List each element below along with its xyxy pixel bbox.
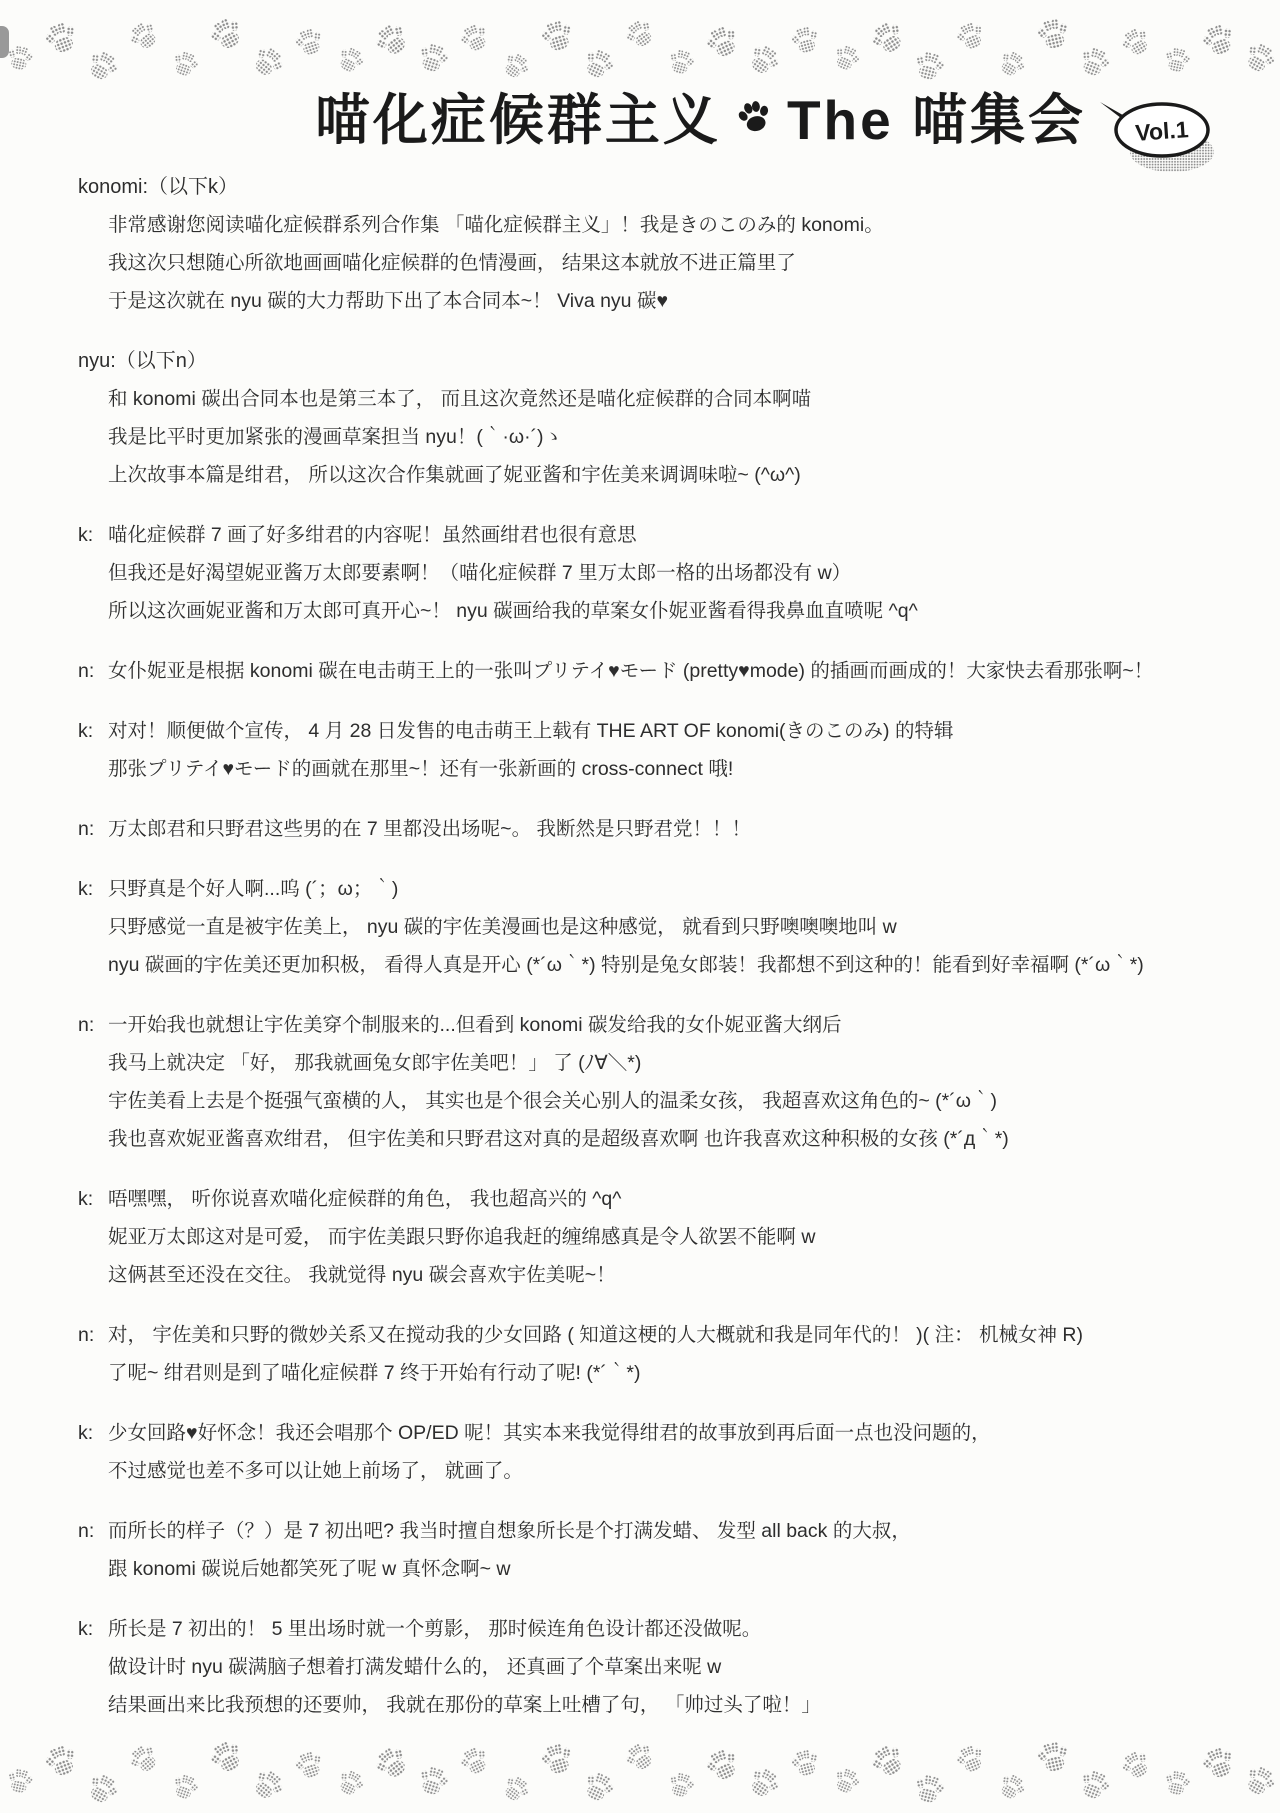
dialog-line: k:所长是 7 初出的！ 5 里出场时就一个剪影， 那时候连角色设计都还没做呢。: [78, 1610, 1224, 1648]
title-text-main: 喵化症候群主义: [315, 76, 721, 155]
speaker-prefix: k:: [78, 712, 108, 750]
dialog-text: 所长是 7 初出的！ 5 里出场时就一个剪影， 那时候连角色设计都还没做呢。: [108, 1618, 761, 1640]
dialog-block: konomi:（以下k）非常感谢您阅读喵化症候群系列合作集 「喵化症候群主义」！…: [78, 168, 1224, 320]
dialog-block: nyu:（以下n）和 konomi 碳出合同本也是第三本了， 而且这次竟然还是喵…: [78, 342, 1224, 494]
dialog-line: 只野感觉一直是被宇佐美上， nyu 碳的宇佐美漫画也是这种感觉， 就看到只野噢噢…: [78, 908, 1224, 946]
dialog-text: 于是这次就在 nyu 碳的大力帮助下出了本合同本~！ Viva nyu 碳♥: [108, 290, 668, 312]
dialog-text: 所以这次画妮亚酱和万太郎可真开心~！ nyu 碳画给我的草案女仆妮亚酱看得我鼻血…: [108, 600, 918, 622]
dialog-line: 做设计时 nyu 碳满脑子想着打满发蜡什么的， 还真画了个草案出来呢 w: [78, 1648, 1224, 1686]
dialog-block: k:所长是 7 初出的！ 5 里出场时就一个剪影， 那时候连角色设计都还没做呢。…: [78, 1610, 1224, 1724]
dialog-line: 不过感觉也差不多可以让她上前场了， 就画了。: [78, 1452, 1224, 1490]
dialog-text: 和 konomi 碳出合同本也是第三本了， 而且这次竟然还是喵化症候群的合同本啊…: [108, 388, 811, 410]
speaker-prefix: n:: [78, 1512, 108, 1550]
dialog-block: k:唔嘿嘿， 听你说喜欢喵化症候群的角色， 我也超高兴的 ^q^妮亚万太郎这对是…: [78, 1180, 1224, 1294]
dialog-text: 对， 宇佐美和只野的微妙关系又在搅动我的少女回路 ( 知道这梗的人大概就和我是同…: [108, 1324, 1083, 1346]
doujin-title: 喵化症候群主义 The 喵集会 Vol.1: [315, 72, 1222, 158]
dialog-block: n:女仆妮亚是根据 konomi 碳在电击萌王上的一张叫プリテイ♥モード (pr…: [78, 652, 1224, 690]
dialog-text: 跟 konomi 碳说后她都笑死了呢 w 真怀念啊~ w: [108, 1558, 511, 1580]
dialog-block: n:对， 宇佐美和只野的微妙关系又在搅动我的少女回路 ( 知道这梗的人大概就和我…: [78, 1316, 1224, 1392]
dialog-text: 我这次只想随心所欲地画画喵化症候群的色情漫画， 结果这本就放不进正篇里了: [108, 252, 796, 274]
dialog-text: 上次故事本篇是绀君， 所以这次合作集就画了妮亚酱和宇佐美来调调味啦~ (^ω^): [108, 464, 801, 486]
dialog-line: 结果画出来比我预想的还要帅， 我就在那份的草案上吐槽了句， 「帅过头了啦！」: [78, 1686, 1224, 1724]
paw-icon: [729, 92, 780, 143]
dialog-text: 宇佐美看上去是个挺强气蛮横的人， 其实也是个很会关心别人的温柔女孩， 我超喜欢这…: [108, 1090, 997, 1112]
dialog-line: 我是比平时更加紧张的漫画草案担当 nyu！(｀·ω·´)ゝ: [78, 418, 1224, 456]
dialog-text: 那张プリテイ♥モード的画就在那里~！还有一张新画的 cross-connect …: [108, 758, 733, 780]
scanned-page: 喵化症候群主义 The 喵集会 Vol.1 konomi:（以下k）非常感谢您阅…: [0, 0, 1280, 1813]
dialog-text: 结果画出来比我预想的还要帅， 我就在那份的草案上吐槽了句， 「帅过头了啦！」: [108, 1694, 821, 1716]
speaker-prefix: k:: [78, 1414, 108, 1452]
dialog-line: 于是这次就在 nyu 碳的大力帮助下出了本合同本~！ Viva nyu 碳♥: [78, 282, 1224, 320]
speaker-header: konomi:（以下k）: [78, 168, 1224, 206]
dialog-text: 只野感觉一直是被宇佐美上， nyu 碳的宇佐美漫画也是这种感觉， 就看到只野噢噢…: [108, 916, 897, 938]
dialog-block: k:喵化症候群 7 画了好多绀君的内容呢！虽然画绀君也很有意思但我还是好渴望妮亚…: [78, 516, 1224, 630]
dialog-text: 只野真是个好人啊...呜 (´；ω；｀): [108, 878, 398, 900]
dialog-block: k:少女回路♥好怀念！我还会唱那个 OP/ED 呢！其实本来我觉得绀君的故事放到…: [78, 1414, 1224, 1490]
dialog-line: n:一开始我也就想让宇佐美穿个制服来的...但看到 konomi 碳发给我的女仆…: [78, 1006, 1224, 1044]
speaker-prefix: n:: [78, 1006, 108, 1044]
speaker-prefix: k:: [78, 1610, 108, 1648]
speaker-prefix: n:: [78, 1316, 108, 1354]
dialog-line: 那张プリテイ♥モード的画就在那里~！还有一张新画的 cross-connect …: [78, 750, 1224, 788]
dialog-text: 了呢~ 绀君则是到了喵化症候群 7 终于开始有行动了呢! (*´｀*): [108, 1362, 640, 1384]
dialog-line: 妮亚万太郎这对是可爱， 而宇佐美跟只野你追我赶的缠绵感真是令人欲罢不能啊 w: [78, 1218, 1224, 1256]
dialog-text: 但我还是好渴望妮亚酱万太郎要素啊！（喵化症候群 7 里万太郎一格的出场都没有 w…: [108, 562, 851, 584]
conversation: konomi:（以下k）非常感谢您阅读喵化症候群系列合作集 「喵化症候群主义」！…: [78, 168, 1224, 1746]
speaker-prefix: k:: [78, 1180, 108, 1218]
dialog-line: k:喵化症候群 7 画了好多绀君的内容呢！虽然画绀君也很有意思: [78, 516, 1224, 554]
dialog-text: 唔嘿嘿， 听你说喜欢喵化症候群的角色， 我也超高兴的 ^q^: [108, 1188, 621, 1210]
dialog-block: n:而所长的样子（？）是 7 初出吧? 我当时擅自想象所长是个打满发蜡、 发型 …: [78, 1512, 1224, 1588]
dialog-line: 我也喜欢妮亚酱喜欢绀君， 但宇佐美和只野君这对真的是超级喜欢啊 也许我喜欢这种积…: [78, 1120, 1224, 1158]
speaker-prefix: k:: [78, 870, 108, 908]
title-text-suffix: The 喵集会: [787, 76, 1086, 155]
dialog-line: 宇佐美看上去是个挺强气蛮横的人， 其实也是个很会关心别人的温柔女孩， 我超喜欢这…: [78, 1082, 1224, 1120]
dialog-text: 这俩甚至还没在交往。 我就觉得 nyu 碳会喜欢宇佐美呢~！: [108, 1264, 616, 1286]
dialog-text: 而所长的样子（？）是 7 初出吧? 我当时擅自想象所长是个打满发蜡、 发型 al…: [108, 1520, 911, 1542]
speaker-header: nyu:（以下n）: [78, 342, 1224, 380]
vol-badge-label: Vol.1: [1134, 116, 1189, 146]
dialog-text: 不过感觉也差不多可以让她上前场了， 就画了。: [108, 1460, 523, 1482]
dialog-text: 我是比平时更加紧张的漫画草案担当 nyu！(｀·ω·´)ゝ: [108, 426, 563, 448]
dialog-block: k:对对！顺便做个宣传， 4 月 28 日发售的电击萌王上载有 THE ART …: [78, 712, 1224, 788]
dialog-text: 非常感谢您阅读喵化症候群系列合作集 「喵化症候群主义」！我是きのこのみ的 kon…: [108, 214, 884, 236]
dialog-text: 万太郎君和只野君这些男的在 7 里都没出场呢~。 我断然是只野君党！！！: [108, 818, 751, 840]
dialog-line: 上次故事本篇是绀君， 所以这次合作集就画了妮亚酱和宇佐美来调调味啦~ (^ω^): [78, 456, 1224, 494]
dialog-line: 非常感谢您阅读喵化症候群系列合作集 「喵化症候群主义」！我是きのこのみ的 kon…: [78, 206, 1224, 244]
dialog-block: n:万太郎君和只野君这些男的在 7 里都没出场呢~。 我断然是只野君党！！！: [78, 810, 1224, 848]
dialog-line: 跟 konomi 碳说后她都笑死了呢 w 真怀念啊~ w: [78, 1550, 1224, 1588]
dialog-line: 所以这次画妮亚酱和万太郎可真开心~！ nyu 碳画给我的草案女仆妮亚酱看得我鼻血…: [78, 592, 1224, 630]
dialog-line: k:唔嘿嘿， 听你说喜欢喵化症候群的角色， 我也超高兴的 ^q^: [78, 1180, 1224, 1218]
dialog-line: n:女仆妮亚是根据 konomi 碳在电击萌王上的一张叫プリテイ♥モード (pr…: [78, 652, 1224, 690]
dialog-text: 少女回路♥好怀念！我还会唱那个 OP/ED 呢！其实本来我觉得绀君的故事放到再后…: [108, 1422, 991, 1444]
scan-artifact: [0, 26, 9, 58]
dialog-line: 这俩甚至还没在交往。 我就觉得 nyu 碳会喜欢宇佐美呢~！: [78, 1256, 1224, 1294]
dialog-line: n:对， 宇佐美和只野的微妙关系又在搅动我的少女回路 ( 知道这梗的人大概就和我…: [78, 1316, 1224, 1354]
dialog-text: 做设计时 nyu 碳满脑子想着打满发蜡什么的， 还真画了个草案出来呢 w: [108, 1656, 721, 1678]
dialog-line: k:少女回路♥好怀念！我还会唱那个 OP/ED 呢！其实本来我觉得绀君的故事放到…: [78, 1414, 1224, 1452]
dialog-line: n:万太郎君和只野君这些男的在 7 里都没出场呢~。 我断然是只野君党！！！: [78, 810, 1224, 848]
dialog-line: n:而所长的样子（？）是 7 初出吧? 我当时擅自想象所长是个打满发蜡、 发型 …: [78, 1512, 1224, 1550]
dialog-text: 喵化症候群 7 画了好多绀君的内容呢！虽然画绀君也很有意思: [108, 524, 637, 546]
dialog-block: k:只野真是个好人啊...呜 (´；ω；｀)只野感觉一直是被宇佐美上， nyu …: [78, 870, 1224, 984]
dialog-text: 对对！顺便做个宣传， 4 月 28 日发售的电击萌王上载有 THE ART OF…: [108, 720, 953, 742]
dialog-line: 我马上就决定 「好， 那我就画兔女郎宇佐美吧！」 了 (ﾉ∀＼*): [78, 1044, 1224, 1082]
dialog-line: k:只野真是个好人啊...呜 (´；ω；｀): [78, 870, 1224, 908]
dialog-text: 我马上就决定 「好， 那我就画兔女郎宇佐美吧！」 了 (ﾉ∀＼*): [108, 1052, 641, 1074]
dialog-line: 了呢~ 绀君则是到了喵化症候群 7 终于开始有行动了呢! (*´｀*): [78, 1354, 1224, 1392]
dialog-line: k:对对！顺便做个宣传， 4 月 28 日发售的电击萌王上载有 THE ART …: [78, 712, 1224, 750]
speaker-prefix: k:: [78, 516, 108, 554]
speaker-prefix: n:: [78, 652, 108, 690]
dialog-text: 我也喜欢妮亚酱喜欢绀君， 但宇佐美和只野君这对真的是超级喜欢啊 也许我喜欢这种积…: [108, 1128, 1009, 1150]
dialog-line: 但我还是好渴望妮亚酱万太郎要素啊！（喵化症候群 7 里万太郎一格的出场都没有 w…: [78, 554, 1224, 592]
dialog-line: 和 konomi 碳出合同本也是第三本了， 而且这次竟然还是喵化症候群的合同本啊…: [78, 380, 1224, 418]
dialog-text: nyu 碳画的宇佐美还更加积极， 看得人真是开心 (*´ω｀*) 特别是兔女郎装…: [108, 954, 1144, 976]
speaker-prefix: n:: [78, 810, 108, 848]
dialog-line: nyu 碳画的宇佐美还更加积极， 看得人真是开心 (*´ω｀*) 特别是兔女郎装…: [78, 946, 1224, 984]
dialog-text: 女仆妮亚是根据 konomi 碳在电击萌王上的一张叫プリテイ♥モード (pret…: [108, 660, 1153, 682]
dialog-block: n:一开始我也就想让宇佐美穿个制服来的...但看到 konomi 碳发给我的女仆…: [78, 1006, 1224, 1158]
dialog-text: 妮亚万太郎这对是可爱， 而宇佐美跟只野你追我赶的缠绵感真是令人欲罢不能啊 w: [108, 1226, 815, 1248]
paw-border-bottom-icon: [0, 1731, 1280, 1811]
dialog-text: 一开始我也就想让宇佐美穿个制服来的...但看到 konomi 碳发给我的女仆妮亚…: [108, 1014, 841, 1036]
dialog-line: 我这次只想随心所欲地画画喵化症候群的色情漫画， 结果这本就放不进正篇里了: [78, 244, 1224, 282]
